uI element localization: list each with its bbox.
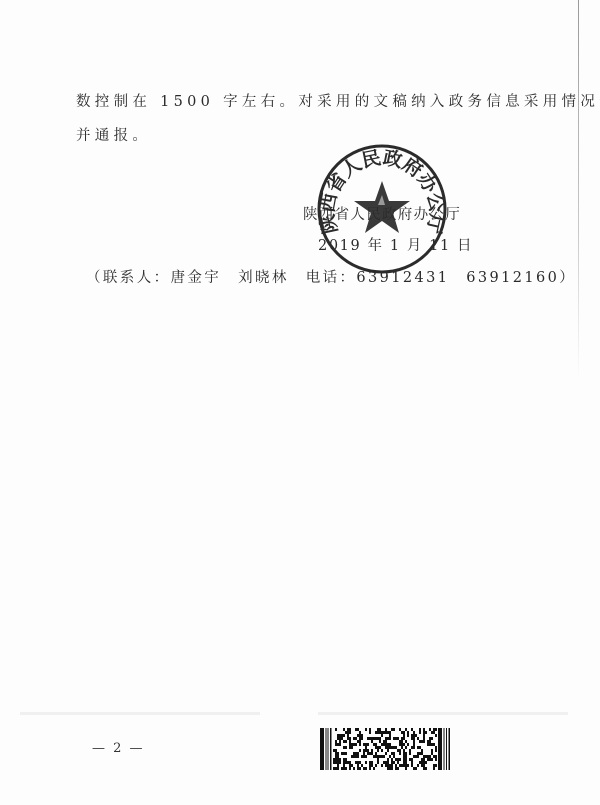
signature-date: 2019 年 1 月 11 日 <box>318 236 473 256</box>
contact-info: （联系人：唐金宇 刘晓林 电话：63912431 63912160） <box>86 268 576 288</box>
barcode-icon <box>320 728 450 770</box>
body-text-line-2: 并通报。 <box>76 126 151 146</box>
signature-organization: 陕西省人民政府办公厅 <box>303 205 461 225</box>
faint-scan-line <box>318 712 568 715</box>
body-text-line-1: 数控制在 1500 字左右。对采用的文稿纳入政务信息采用情况一 <box>76 92 600 112</box>
page-number: — 2 — <box>92 741 145 756</box>
faint-scan-line <box>20 712 260 715</box>
page-edge-line <box>578 0 579 380</box>
